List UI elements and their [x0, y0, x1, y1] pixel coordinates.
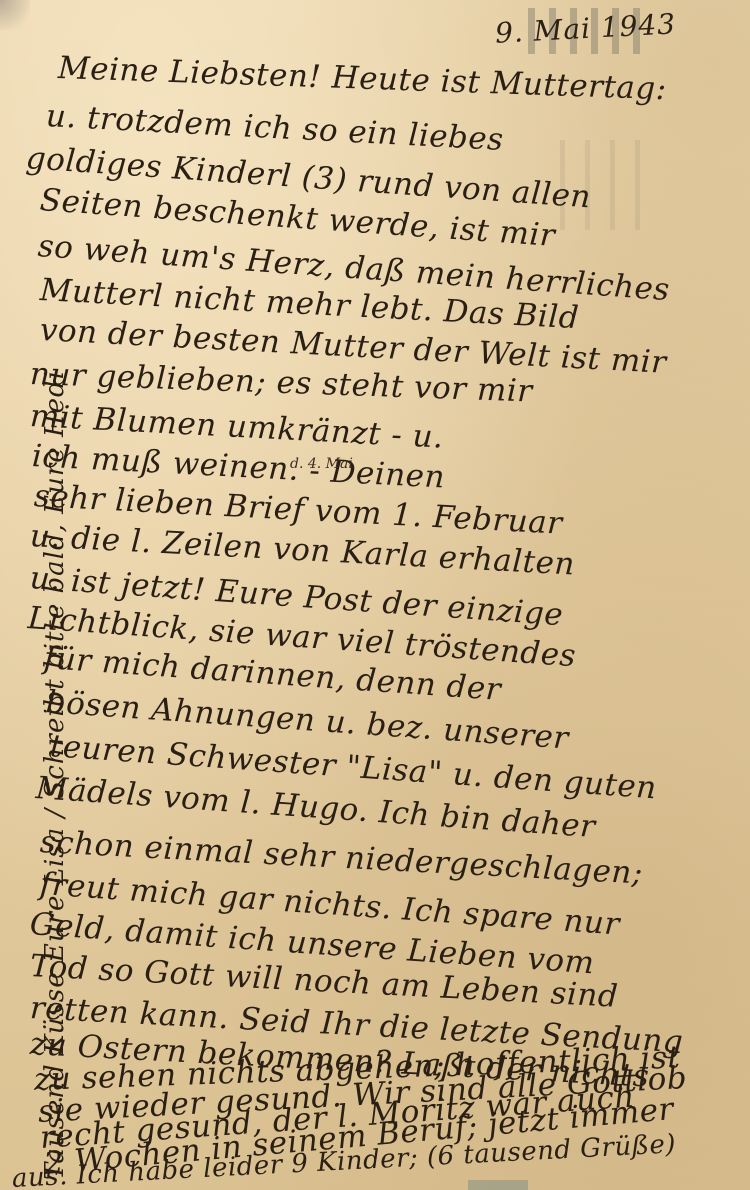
- letter-paper: 9. Mai 1943 Meine Liebsten! Heute ist Mu…: [0, 0, 750, 1190]
- letter-line: Meine Liebsten! Heute ist Muttertag:: [57, 50, 667, 107]
- paper-corner-shadow: [0, 0, 30, 30]
- stamp-fragment: [468, 1180, 528, 1190]
- left-margin-vertical-text: Tausend Küsse Eure Lisa / Schreibt bitte…: [40, 370, 70, 1180]
- interlinear-note: d. 4. Mai: [290, 456, 353, 472]
